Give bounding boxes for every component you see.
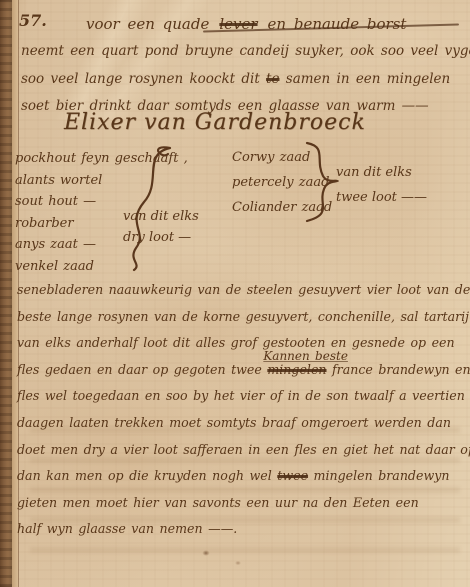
title-text: voor een quade xyxy=(86,15,209,33)
dose-text: twee loot —— xyxy=(336,185,427,210)
body-paragraph: senebladeren naauwkeurig van de steelen … xyxy=(17,277,470,543)
inline-correction: Kannen bestemingelen xyxy=(267,357,326,384)
text-line: beste lange rosynen van de korne gesuyve… xyxy=(17,304,470,331)
page-number: 57. xyxy=(19,11,47,30)
superscript-insertion: Kannen beste xyxy=(263,343,348,370)
text-line: doet men dry a vier loot safferaen in ee… xyxy=(17,437,470,464)
text-line: senebladeren naauwkeurig van de steelen … xyxy=(17,277,470,304)
text-run: senebladeren naauwkeurig van de steelen … xyxy=(17,282,470,297)
text-run: samen in een mingelen xyxy=(279,71,450,87)
text-run: daagen laaten trekken moet somtyts braaf… xyxy=(17,415,451,430)
text-line: half wyn glaasse van nemen ——. xyxy=(17,516,470,543)
intro-paragraph: neemt een quart pond bruyne candeij suyk… xyxy=(21,38,470,121)
text-run: dan kan men op die kruyden nogh wel xyxy=(17,468,277,483)
text-run: anys zaat — xyxy=(15,237,96,252)
text-run: van elks anderhalf loot dit alles grof g… xyxy=(17,335,455,350)
dose-text: van dit elks xyxy=(123,206,199,227)
text-run: soo veel lange rosynen koockt dit xyxy=(21,71,266,87)
dose-text: van dit elks xyxy=(336,160,427,185)
ingredients-section: pockhout feyn geschaaft ,alants wortelso… xyxy=(0,140,470,280)
dose-left: van dit elks dry loot — xyxy=(123,206,199,248)
text-run: beste lange rosynen van de korne gesuyve… xyxy=(17,309,469,324)
text-run: gieten men moet hier van savonts een uur… xyxy=(17,495,419,510)
text-run: neemt een quart pond bruyne candeij suyk… xyxy=(21,43,470,59)
text-run: venkel zaad xyxy=(15,259,94,274)
text-run: half wyn glaasse van nemen ——. xyxy=(17,521,237,536)
dose-text: dry loot — xyxy=(123,227,199,248)
text-run: france brandewyn en de xyxy=(327,362,470,377)
struck-word: te xyxy=(266,71,279,87)
struck-word: twee xyxy=(277,468,308,483)
text-line: gieten men moet hier van savonts een uur… xyxy=(17,490,470,517)
title-text: en benaude borst xyxy=(268,15,407,33)
text-line: daagen laaten trekken moet somtyts braaf… xyxy=(17,410,470,437)
text-line: neemt een quart pond bruyne candeij suyk… xyxy=(21,38,470,66)
text-run: fles wel toegedaan en soo by het vier of… xyxy=(17,388,465,403)
text-line: fles wel toegedaan en soo by het vier of… xyxy=(17,383,470,410)
binding-edge xyxy=(0,0,12,587)
recipe-heading: Elixer van Gardenbroeck xyxy=(64,110,366,135)
text-line: soo veel lange rosynen koockt dit te sam… xyxy=(21,66,470,94)
text-run: fles gedaen en daar op gegoten twee xyxy=(17,362,267,377)
text-line: fles gedaen en daar op gegoten twee Kann… xyxy=(17,357,470,384)
manuscript-sheet: 57. voor een quadeleveren benaude borst … xyxy=(0,0,470,587)
text-run: Corwy zaad xyxy=(232,150,310,165)
text-run: robarber xyxy=(15,216,74,231)
dose-right: van dit elks twee loot —— xyxy=(336,160,427,210)
text-run: mingelen brandewyn xyxy=(308,468,449,483)
right-brace-icon xyxy=(301,140,339,224)
text-run: alants wortel xyxy=(15,173,102,188)
text-run: doet men dry a vier loot safferaen in ee… xyxy=(17,442,470,457)
text-line: dan kan men op die kruyden nogh wel twee… xyxy=(17,463,470,490)
text-line: van elks anderhalf loot dit alles grof g… xyxy=(17,330,470,357)
text-run: sout hout — xyxy=(15,194,96,209)
